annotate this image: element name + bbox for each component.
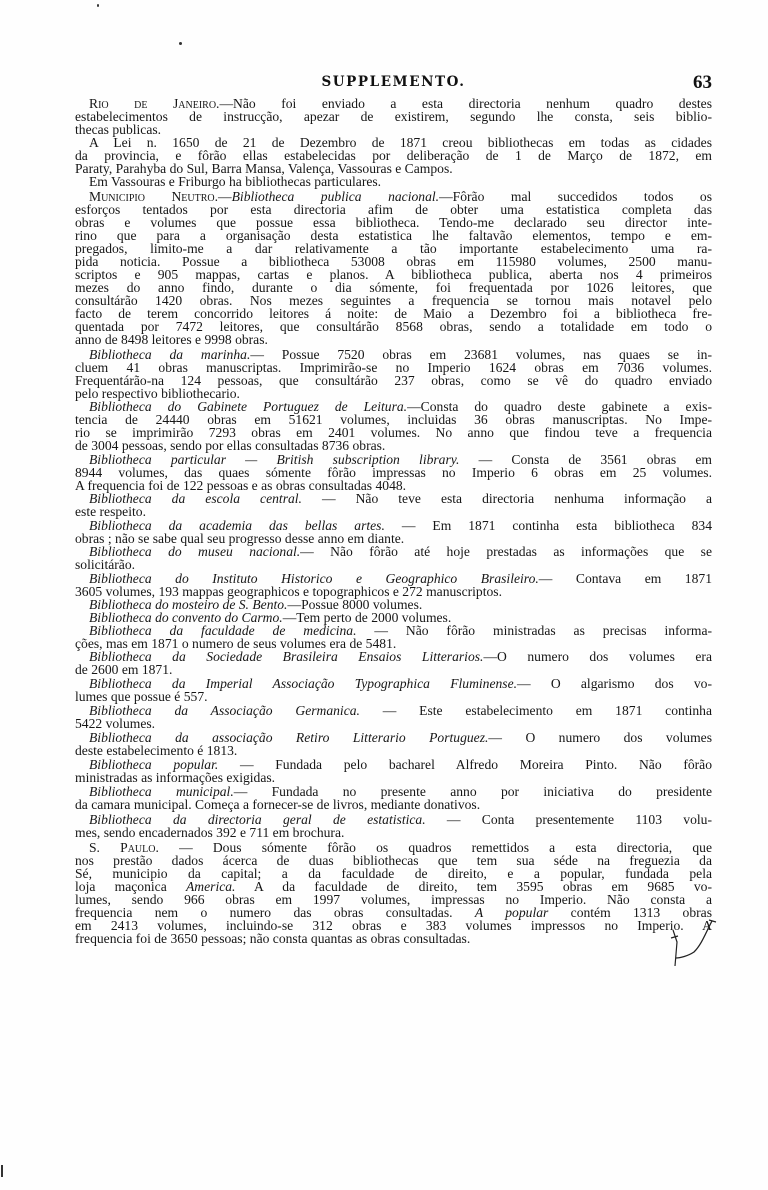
text-run: — Conta presentemente 1103 volu- bbox=[426, 812, 712, 827]
ink-speck bbox=[97, 4, 99, 7]
page-header: SUPPLEMENTO. 63 bbox=[75, 72, 712, 92]
text-line: estabelecimentos de instrucção, apezar d… bbox=[75, 110, 712, 123]
text-run: — Contava em 1871 bbox=[539, 571, 712, 586]
text-run: Em Vassouras e Friburgo ha bibliothecas … bbox=[89, 174, 381, 189]
text-line: de 2600 em 1871. bbox=[75, 663, 712, 676]
text-line: Bibliotheca da escola central. — Não tev… bbox=[89, 492, 712, 505]
text-line: deste estabelecimento é 1813. bbox=[75, 744, 712, 757]
document-page: SUPPLEMENTO. 63 Rio de Janeiro.—Não foi … bbox=[0, 0, 768, 1190]
ink-speck bbox=[179, 42, 182, 45]
text-run: ministradas as informações exigidas. bbox=[75, 770, 275, 785]
text-run: anno de 8498 leitores e 9998 obras. bbox=[75, 332, 268, 347]
text-line: Em Vassouras e Friburgo ha bibliothecas … bbox=[89, 175, 712, 188]
text-run: —O numero dos volumes era bbox=[483, 649, 712, 664]
text-run: de 3004 pessoas, sendo por ellas consult… bbox=[75, 438, 385, 453]
text-run: — Este estabelecimento em 1871 continha bbox=[360, 703, 712, 718]
text-line: ministradas as informações exigidas. bbox=[75, 771, 712, 784]
text-run: deste estabelecimento é 1813. bbox=[75, 743, 237, 758]
pen-stroke-mark-icon bbox=[668, 918, 718, 978]
text-line: da camara municipal. Começa a fornecer-s… bbox=[75, 798, 712, 811]
text-run: — Não teve esta directoria nenhuma infor… bbox=[302, 491, 712, 506]
text-run: 5422 volumes. bbox=[75, 716, 155, 731]
ink-speck bbox=[1, 1165, 3, 1177]
text-line: anno de 8498 leitores e 9998 obras. bbox=[75, 333, 712, 346]
text-line: lumes que possue é 557. bbox=[75, 690, 712, 703]
text-line: Bibliotheca da Associação Germanica. — E… bbox=[89, 704, 712, 717]
text-run: solicitárão. bbox=[75, 557, 135, 572]
text-run: estabelecimentos de instrucção, apezar d… bbox=[75, 109, 712, 124]
text-run: lumes que possue é 557. bbox=[75, 689, 208, 704]
text-run: este respeito. bbox=[75, 504, 146, 519]
text-run: de 2600 em 1871. bbox=[75, 662, 172, 677]
text-line: Bibliotheca da Sociedade Brasileira Ensa… bbox=[89, 650, 712, 663]
text-run: frequencia foi de 3650 pessoas; não cons… bbox=[75, 931, 470, 946]
text-line: 5422 volumes. bbox=[75, 717, 712, 730]
text-line: mes, sendo encadernados 392 e 711 em bro… bbox=[75, 826, 712, 839]
text-line: de 3004 pessoas, sendo por ellas consult… bbox=[75, 439, 712, 452]
text-line: este respeito. bbox=[75, 505, 712, 518]
text-run: — Em 1871 continha esta bibliotheca 834 bbox=[385, 518, 712, 533]
text-run: da camara municipal. Começa a fornecer-s… bbox=[75, 797, 480, 812]
text-run: — O numero dos volumes bbox=[488, 730, 712, 745]
text-run: — Não fôrão até hoje prestadas as inform… bbox=[300, 544, 712, 559]
page-number: 63 bbox=[693, 72, 712, 94]
text-line: solicitárão. bbox=[75, 558, 712, 571]
text-line: frequencia foi de 3650 pessoas; não cons… bbox=[75, 932, 712, 945]
text-run: mes, sendo encadernados 392 e 711 em bro… bbox=[75, 825, 344, 840]
running-title: SUPPLEMENTO. bbox=[75, 74, 712, 90]
text-run: — O algarismo dos vo- bbox=[517, 676, 712, 691]
text-run: — Não fôrão ministradas as precisas info… bbox=[357, 623, 713, 638]
text-run: — Fundada pelo bacharel Alfredo Moreira … bbox=[218, 757, 712, 772]
text-line: Bibliotheca do museu nacional.— Não fôrã… bbox=[89, 545, 712, 558]
